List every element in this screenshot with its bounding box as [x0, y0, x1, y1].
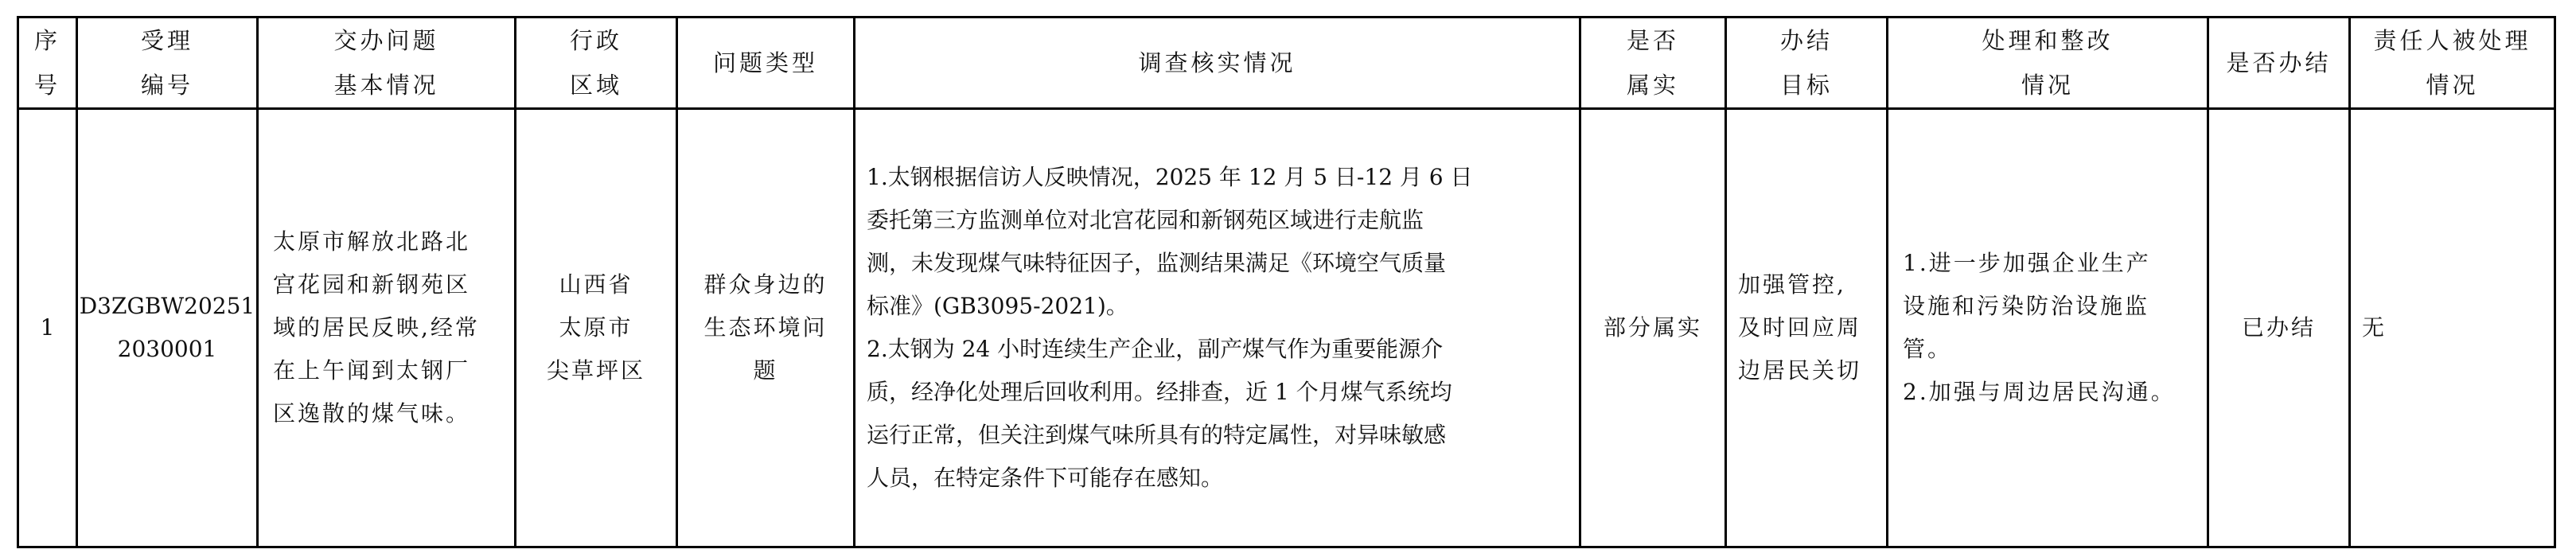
header-seq: 序 号	[18, 18, 77, 109]
header-verified: 是否 属实	[1580, 18, 1726, 109]
region-line-3: 尖草坪区	[516, 349, 676, 392]
rectification-line-3: 管。	[1903, 328, 2194, 371]
rectification-line-2: 设施和污染防治设施监	[1903, 285, 2194, 328]
header-verified-line-2: 属实	[1581, 63, 1724, 107]
case-id-line-1: D3ZGBW20251	[78, 285, 256, 328]
header-case-id-line-1: 受理	[78, 18, 256, 63]
header-accountability: 责任人被处理 情况	[2350, 18, 2555, 109]
cell-rectification: 1.进一步加强企业生产 设施和污染防治设施监 管。 2.加强与周边居民沟通。	[1888, 109, 2208, 547]
issue-line-3: 域的居民反映,经常	[273, 306, 501, 349]
header-closed: 是否办结	[2208, 18, 2350, 109]
issue-line-5: 区逸散的煤气味。	[273, 392, 501, 435]
issue-type-line-3: 题	[678, 349, 853, 392]
complaint-handling-table: 序 号 受理 编号 交办问题 基本情况 行政 区域 问题类型 调查核实情况	[17, 16, 2556, 548]
cell-case-id: D3ZGBW20251 2030001	[77, 109, 258, 547]
cell-accountability: 无	[2350, 109, 2555, 547]
cell-verified: 部分属实	[1580, 109, 1726, 547]
region-line-2: 太原市	[516, 306, 676, 349]
header-closed-line-1: 是否办结	[2209, 41, 2348, 85]
rectification-line-4: 2.加强与周边居民沟通。	[1903, 371, 2194, 414]
rectification-line-1: 1.进一步加强企业生产	[1903, 242, 2194, 285]
header-issue-type-line-1: 问题类型	[678, 41, 853, 85]
header-goal: 办结 目标	[1726, 18, 1888, 109]
issue-line-4: 在上午闻到太钢厂	[273, 349, 501, 392]
header-rectification-line-2: 情况	[1888, 63, 2207, 107]
header-issue-type: 问题类型	[677, 18, 855, 109]
header-row: 序 号 受理 编号 交办问题 基本情况 行政 区域 问题类型 调查核实情况	[18, 18, 2555, 109]
cell-issue-summary: 太原市解放北路北 宫花园和新钢苑区 域的居民反映,经常 在上午闻到太钢厂 区逸散…	[258, 109, 516, 547]
investigation-line-3: 测，未发现煤气味特征因子，监测结果满足《环境空气质量	[867, 242, 1571, 285]
header-investigation: 调查核实情况	[855, 18, 1580, 109]
header-issue-summary-line-1: 交办问题	[259, 18, 514, 63]
region-line-1: 山西省	[516, 263, 676, 306]
header-issue-summary-line-2: 基本情况	[259, 63, 514, 107]
header-issue-summary: 交办问题 基本情况	[258, 18, 516, 109]
header-seq-line-2: 号	[19, 63, 76, 107]
investigation-line-7: 运行正常，但关注到煤气味所具有的特定属性，对异味敏感	[867, 414, 1571, 457]
goal-line-3: 边居民关切	[1738, 349, 1878, 392]
header-investigation-line-1: 调查核实情况	[855, 41, 1579, 85]
goal-line-2: 及时回应周	[1738, 306, 1878, 349]
issue-type-line-2: 生态环境问	[678, 306, 853, 349]
header-region-line-2: 区域	[516, 63, 676, 107]
goal-line-1: 加强管控,	[1738, 263, 1878, 306]
header-region-line-1: 行政	[516, 18, 676, 63]
case-id-line-2: 2030001	[78, 328, 256, 371]
issue-line-2: 宫花园和新钢苑区	[273, 263, 501, 306]
header-accountability-line-1: 责任人被处理	[2351, 18, 2554, 63]
investigation-line-8: 人员，在特定条件下可能存在感知。	[867, 457, 1571, 500]
issue-line-1: 太原市解放北路北	[273, 220, 501, 263]
cell-investigation: 1.太钢根据信访人反映情况，2025 年 12 月 5 日-12 月 6 日 委…	[855, 109, 1580, 547]
header-region: 行政 区域	[516, 18, 677, 109]
cell-closed: 已办结	[2208, 109, 2350, 547]
issue-type-line-1: 群众身边的	[678, 263, 853, 306]
header-case-id: 受理 编号	[77, 18, 258, 109]
table-row: 1 D3ZGBW20251 2030001 太原市解放北路北 宫花园和新钢苑区 …	[18, 109, 2555, 547]
header-accountability-line-2: 情况	[2351, 63, 2554, 107]
cell-goal: 加强管控, 及时回应周 边居民关切	[1726, 109, 1888, 547]
header-case-id-line-2: 编号	[78, 63, 256, 107]
investigation-line-4: 标准》(GB3095-2021)。	[867, 285, 1571, 328]
header-goal-line-1: 办结	[1727, 18, 1886, 63]
investigation-line-2: 委托第三方监测单位对北宫花园和新钢苑区域进行走航监	[867, 199, 1571, 242]
cell-seq: 1	[18, 109, 77, 547]
header-verified-line-1: 是否	[1581, 18, 1724, 63]
header-goal-line-2: 目标	[1727, 63, 1886, 107]
header-seq-line-1: 序	[19, 18, 76, 63]
investigation-line-6: 质，经净化处理后回收利用。经排查，近 1 个月煤气系统均	[867, 371, 1571, 414]
investigation-line-1: 1.太钢根据信访人反映情况，2025 年 12 月 5 日-12 月 6 日	[867, 156, 1571, 199]
cell-issue-type: 群众身边的 生态环境问 题	[677, 109, 855, 547]
cell-region: 山西省 太原市 尖草坪区	[516, 109, 677, 547]
investigation-line-5: 2.太钢为 24 小时连续生产企业，副产煤气作为重要能源介	[867, 328, 1571, 371]
header-rectification: 处理和整改 情况	[1888, 18, 2208, 109]
header-rectification-line-1: 处理和整改	[1888, 18, 2207, 63]
